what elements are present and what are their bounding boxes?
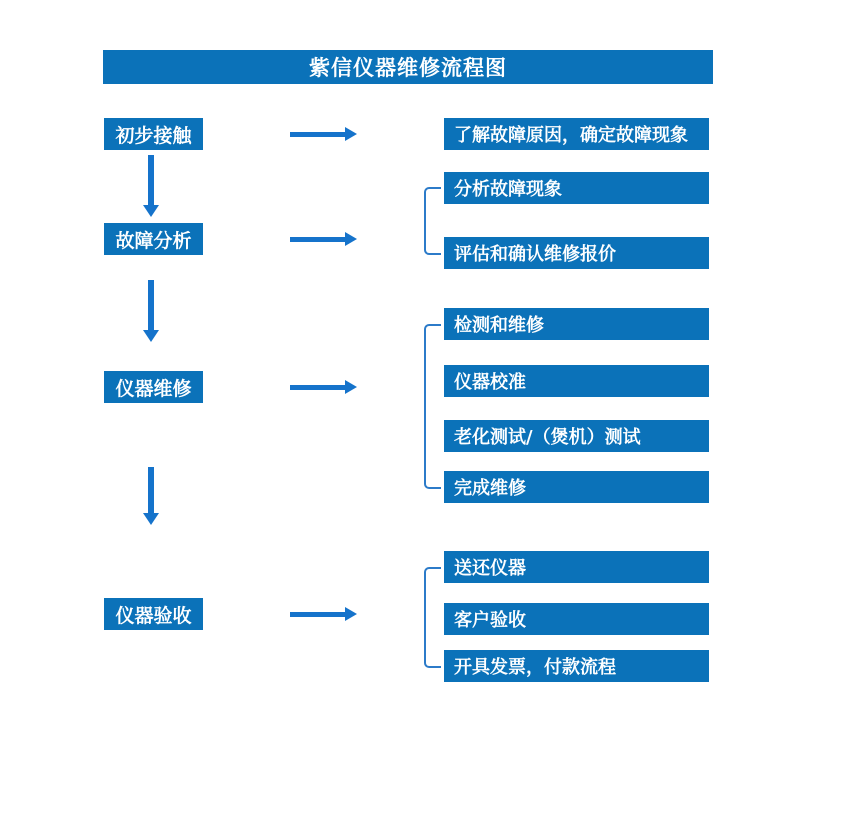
detail-box-calibration: 仪器校准 (444, 365, 709, 397)
detail-box-burn-in-test: 老化测试/（煲机）测试 (444, 420, 709, 452)
arrow-down-icon (143, 155, 159, 217)
stage-box-instrument-repair: 仪器维修 (104, 371, 203, 403)
bracket-instrument-repair (424, 324, 441, 489)
detail-box-understand-fault: 了解故障原因，确定故障现象 (444, 118, 709, 150)
flowchart-title: 紫信仪器维修流程图 (103, 50, 713, 84)
detail-box-repair-complete: 完成维修 (444, 471, 709, 503)
bracket-instrument-acceptance (424, 567, 441, 668)
stage-box-initial-contact: 初步接触 (104, 118, 203, 150)
arrow-right-icon (290, 380, 357, 394)
stage-box-fault-analysis: 故障分析 (104, 223, 203, 255)
arrow-down-icon (143, 467, 159, 525)
detail-box-invoice-payment: 开具发票，付款流程 (444, 650, 709, 682)
stage-box-instrument-acceptance: 仪器验收 (104, 598, 203, 630)
arrow-right-icon (290, 607, 357, 621)
arrow-right-icon (290, 232, 357, 246)
detail-box-customer-acceptance: 客户验收 (444, 603, 709, 635)
flowchart-canvas: 紫信仪器维修流程图 初步接触 了解故障原因，确定故障现象 故障分析 分析故障现象… (0, 0, 841, 813)
bracket-fault-analysis (424, 187, 441, 255)
detail-box-confirm-quote: 评估和确认维修报价 (444, 237, 709, 269)
arrow-right-icon (290, 127, 357, 141)
arrow-down-icon (143, 280, 159, 342)
detail-box-return-instrument: 送还仪器 (444, 551, 709, 583)
detail-box-analyze-fault: 分析故障现象 (444, 172, 709, 204)
detail-box-inspect-repair: 检测和维修 (444, 308, 709, 340)
